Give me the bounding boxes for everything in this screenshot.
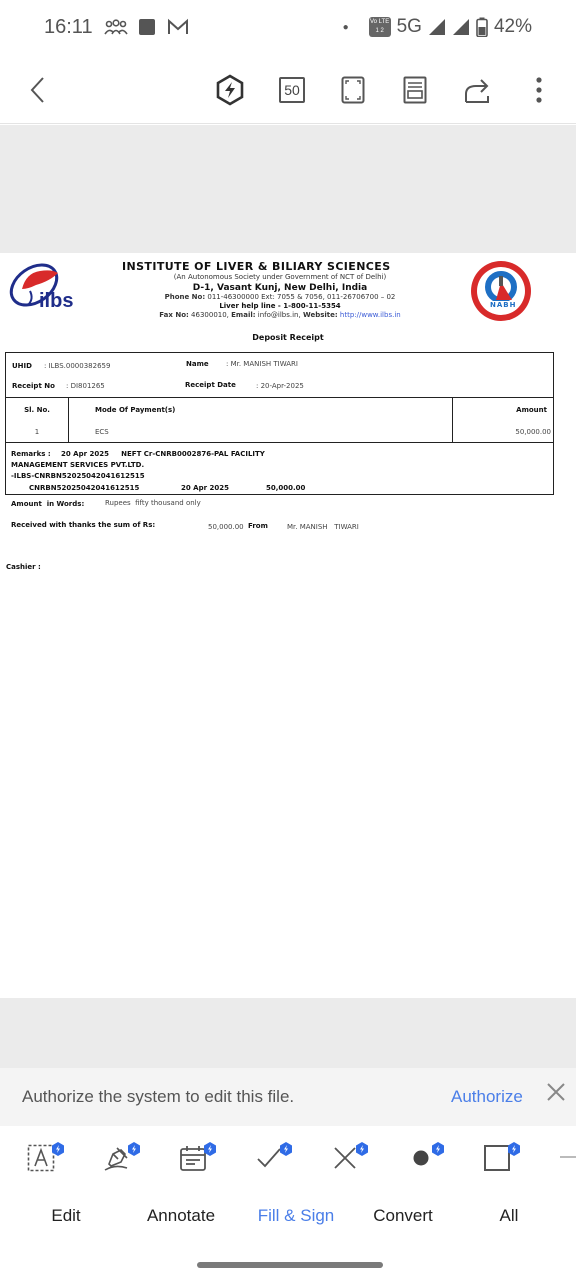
- remarks-ref: CNRBN52025042041612515: [29, 484, 139, 492]
- viewer-background: [0, 125, 576, 253]
- receipt-date-value: : 20-Apr-2025: [256, 382, 304, 390]
- tab-annotate[interactable]: Annotate: [147, 1206, 215, 1226]
- page-indicator: 50: [279, 77, 305, 103]
- remarks-line-3: -ILBS-CNRBN52025042041612515: [11, 472, 145, 480]
- premium-lightning-icon: [215, 74, 245, 106]
- fit-screen-button[interactable]: [335, 70, 371, 110]
- volte-icon: Vo LTE 1 2: [369, 17, 391, 37]
- close-icon[interactable]: [544, 1080, 568, 1104]
- tool-square[interactable]: [477, 1138, 517, 1178]
- website-label: Website:: [303, 311, 338, 319]
- premium-badge-icon: [279, 1142, 293, 1156]
- battery-icon: [476, 17, 488, 37]
- helpline: Liver help line - 1-800-11-5354: [110, 302, 450, 310]
- fit-screen-icon: [341, 76, 365, 104]
- ilbs-logo: ilbs: [6, 259, 82, 317]
- institute-subtitle: (An Autonomous Society under Government …: [110, 273, 450, 281]
- nabh-logo-icon: [468, 260, 534, 322]
- fax-label: Fax No:: [159, 311, 189, 319]
- share-button[interactable]: [459, 70, 495, 110]
- row-mode: ECS: [95, 428, 109, 436]
- page-number-button[interactable]: 50: [274, 70, 310, 110]
- logo-text: ilbs: [39, 290, 73, 313]
- name-value: : Mr. MANISH TIWARI: [226, 360, 298, 368]
- more-icon: [535, 75, 543, 105]
- uhid-label: UHID: [12, 362, 32, 370]
- status-time: 16:11: [44, 16, 93, 39]
- battery-level: 42%: [494, 16, 532, 38]
- receipt-no-label: Receipt No: [12, 382, 55, 390]
- tool-dot[interactable]: [401, 1138, 441, 1178]
- remarks-label: Remarks :: [11, 450, 51, 458]
- institute-address: D-1, Vasant Kunj, New Delhi, India: [110, 283, 450, 293]
- premium-button[interactable]: [212, 70, 248, 110]
- tab-fill-sign[interactable]: Fill & Sign: [258, 1206, 335, 1226]
- tab-edit[interactable]: Edit: [51, 1206, 80, 1226]
- amount-words-value: Rupees fifty thousand only: [105, 499, 201, 507]
- header-amount: Amount: [516, 406, 547, 414]
- name-label: Name: [186, 360, 209, 368]
- tool-date[interactable]: [173, 1138, 213, 1178]
- authorize-banner: Authorize the system to edit this file. …: [0, 1068, 576, 1126]
- phone-value: 011-46300000 Ext: 7055 & 7056, 011-26706…: [207, 293, 395, 301]
- uhid-value: : ILBS.0000382659: [44, 362, 110, 370]
- remarks-date: 20 Apr 2025: [181, 484, 229, 492]
- phone-line: Phone No: 011-46300000 Ext: 7055 & 7056,…: [110, 293, 450, 301]
- website-link[interactable]: http://www.ilbs.in: [340, 311, 401, 319]
- gmail-icon: [167, 18, 189, 36]
- tool-signature[interactable]: [97, 1138, 137, 1178]
- reading-mode-icon: [403, 76, 427, 104]
- row-sl-no: 1: [6, 428, 68, 436]
- header-sl-no: Sl. No.: [6, 406, 68, 414]
- home-indicator[interactable]: [197, 1262, 383, 1268]
- receipt-no-value: : DI801265: [66, 382, 105, 390]
- remarks-line-1: 20 Apr 2025 NEFT Cr-CNRB0002876-PAL FACI…: [61, 450, 265, 458]
- authorize-message: Authorize the system to edit this file.: [22, 1087, 294, 1107]
- bottom-tabs: Edit Annotate Fill & Sign Convert All: [0, 1192, 576, 1242]
- institute-name: INSTITUTE OF LIVER & BILIARY SCIENCES: [122, 260, 391, 273]
- dot-notification-icon: ●: [343, 22, 349, 33]
- tool-check[interactable]: [249, 1138, 289, 1178]
- receipt-date-label: Receipt Date: [185, 381, 236, 389]
- people-icon: [104, 18, 128, 38]
- received-label: Received with thanks the sum of Rs:: [11, 521, 155, 529]
- patient-info-box: UHID : ILBS.0000382659 Name : Mr. MANISH…: [5, 352, 554, 398]
- tools-scroll-hint: [560, 1156, 576, 1158]
- authorize-button[interactable]: Authorize: [451, 1087, 523, 1107]
- viewer-background-bottom: [0, 998, 576, 1068]
- from-name: Mr. MANISH TIWARI: [287, 523, 359, 531]
- more-options-button[interactable]: [521, 70, 557, 110]
- email-value: info@ilbs.in,: [258, 311, 301, 319]
- premium-badge-icon: [51, 1142, 65, 1156]
- network-type: 5G: [397, 16, 422, 38]
- nabh-logo: NABH: [468, 260, 534, 322]
- tab-convert[interactable]: Convert: [373, 1206, 433, 1226]
- remarks-box: Remarks : 20 Apr 2025 NEFT Cr-CNRB000287…: [5, 442, 554, 495]
- signal-icon-2: [452, 18, 470, 36]
- email-label: Email:: [231, 311, 255, 319]
- premium-badge-icon: [507, 1142, 521, 1156]
- fax-value: 46300010,: [191, 311, 229, 319]
- back-icon: [28, 75, 48, 105]
- payment-table: Sl. No. Mode Of Payment(s) Amount 1 ECS …: [5, 397, 554, 443]
- back-button[interactable]: [20, 70, 56, 110]
- remarks-line-2: MANAGEMENT SERVICES PVT.LTD.: [11, 461, 144, 469]
- header-mode: Mode Of Payment(s): [95, 406, 175, 414]
- tab-all[interactable]: All: [500, 1206, 519, 1226]
- amount-words-label: Amount in Words:: [11, 500, 84, 508]
- pdf-page[interactable]: ilbs INSTITUTE OF LIVER & BILIARY SCIENC…: [0, 253, 576, 998]
- tool-cross[interactable]: [325, 1138, 365, 1178]
- remarks-amount: 50,000.00: [266, 484, 305, 492]
- contact-line: Fax No: 46300010, Email: info@ilbs.in, W…: [110, 311, 450, 319]
- from-label: From: [248, 522, 268, 530]
- status-bar: 16:11 ● Vo LTE 1 2 5G 42%: [0, 0, 576, 56]
- signal-icon: [428, 18, 446, 36]
- premium-badge-icon: [355, 1142, 369, 1156]
- status-right: ● Vo LTE 1 2 5G 42%: [343, 16, 532, 38]
- receipt-title: Deposit Receipt: [0, 333, 576, 342]
- cashier-label: Cashier :: [6, 563, 41, 571]
- row-amount: 50,000.00: [515, 428, 551, 436]
- premium-badge-icon: [127, 1142, 141, 1156]
- premium-badge-icon: [203, 1142, 217, 1156]
- fill-sign-tools: [0, 1126, 576, 1186]
- share-icon: [462, 76, 492, 104]
- nabh-text: NABH: [490, 301, 516, 309]
- premium-badge-icon: [431, 1142, 445, 1156]
- phone-label: Phone No:: [165, 293, 206, 301]
- reading-mode-button[interactable]: [397, 70, 433, 110]
- square-notification-icon: [139, 19, 155, 35]
- tool-text-box[interactable]: [21, 1138, 61, 1178]
- received-amount: 50,000.00: [208, 523, 244, 531]
- app-toolbar: 50: [0, 56, 576, 124]
